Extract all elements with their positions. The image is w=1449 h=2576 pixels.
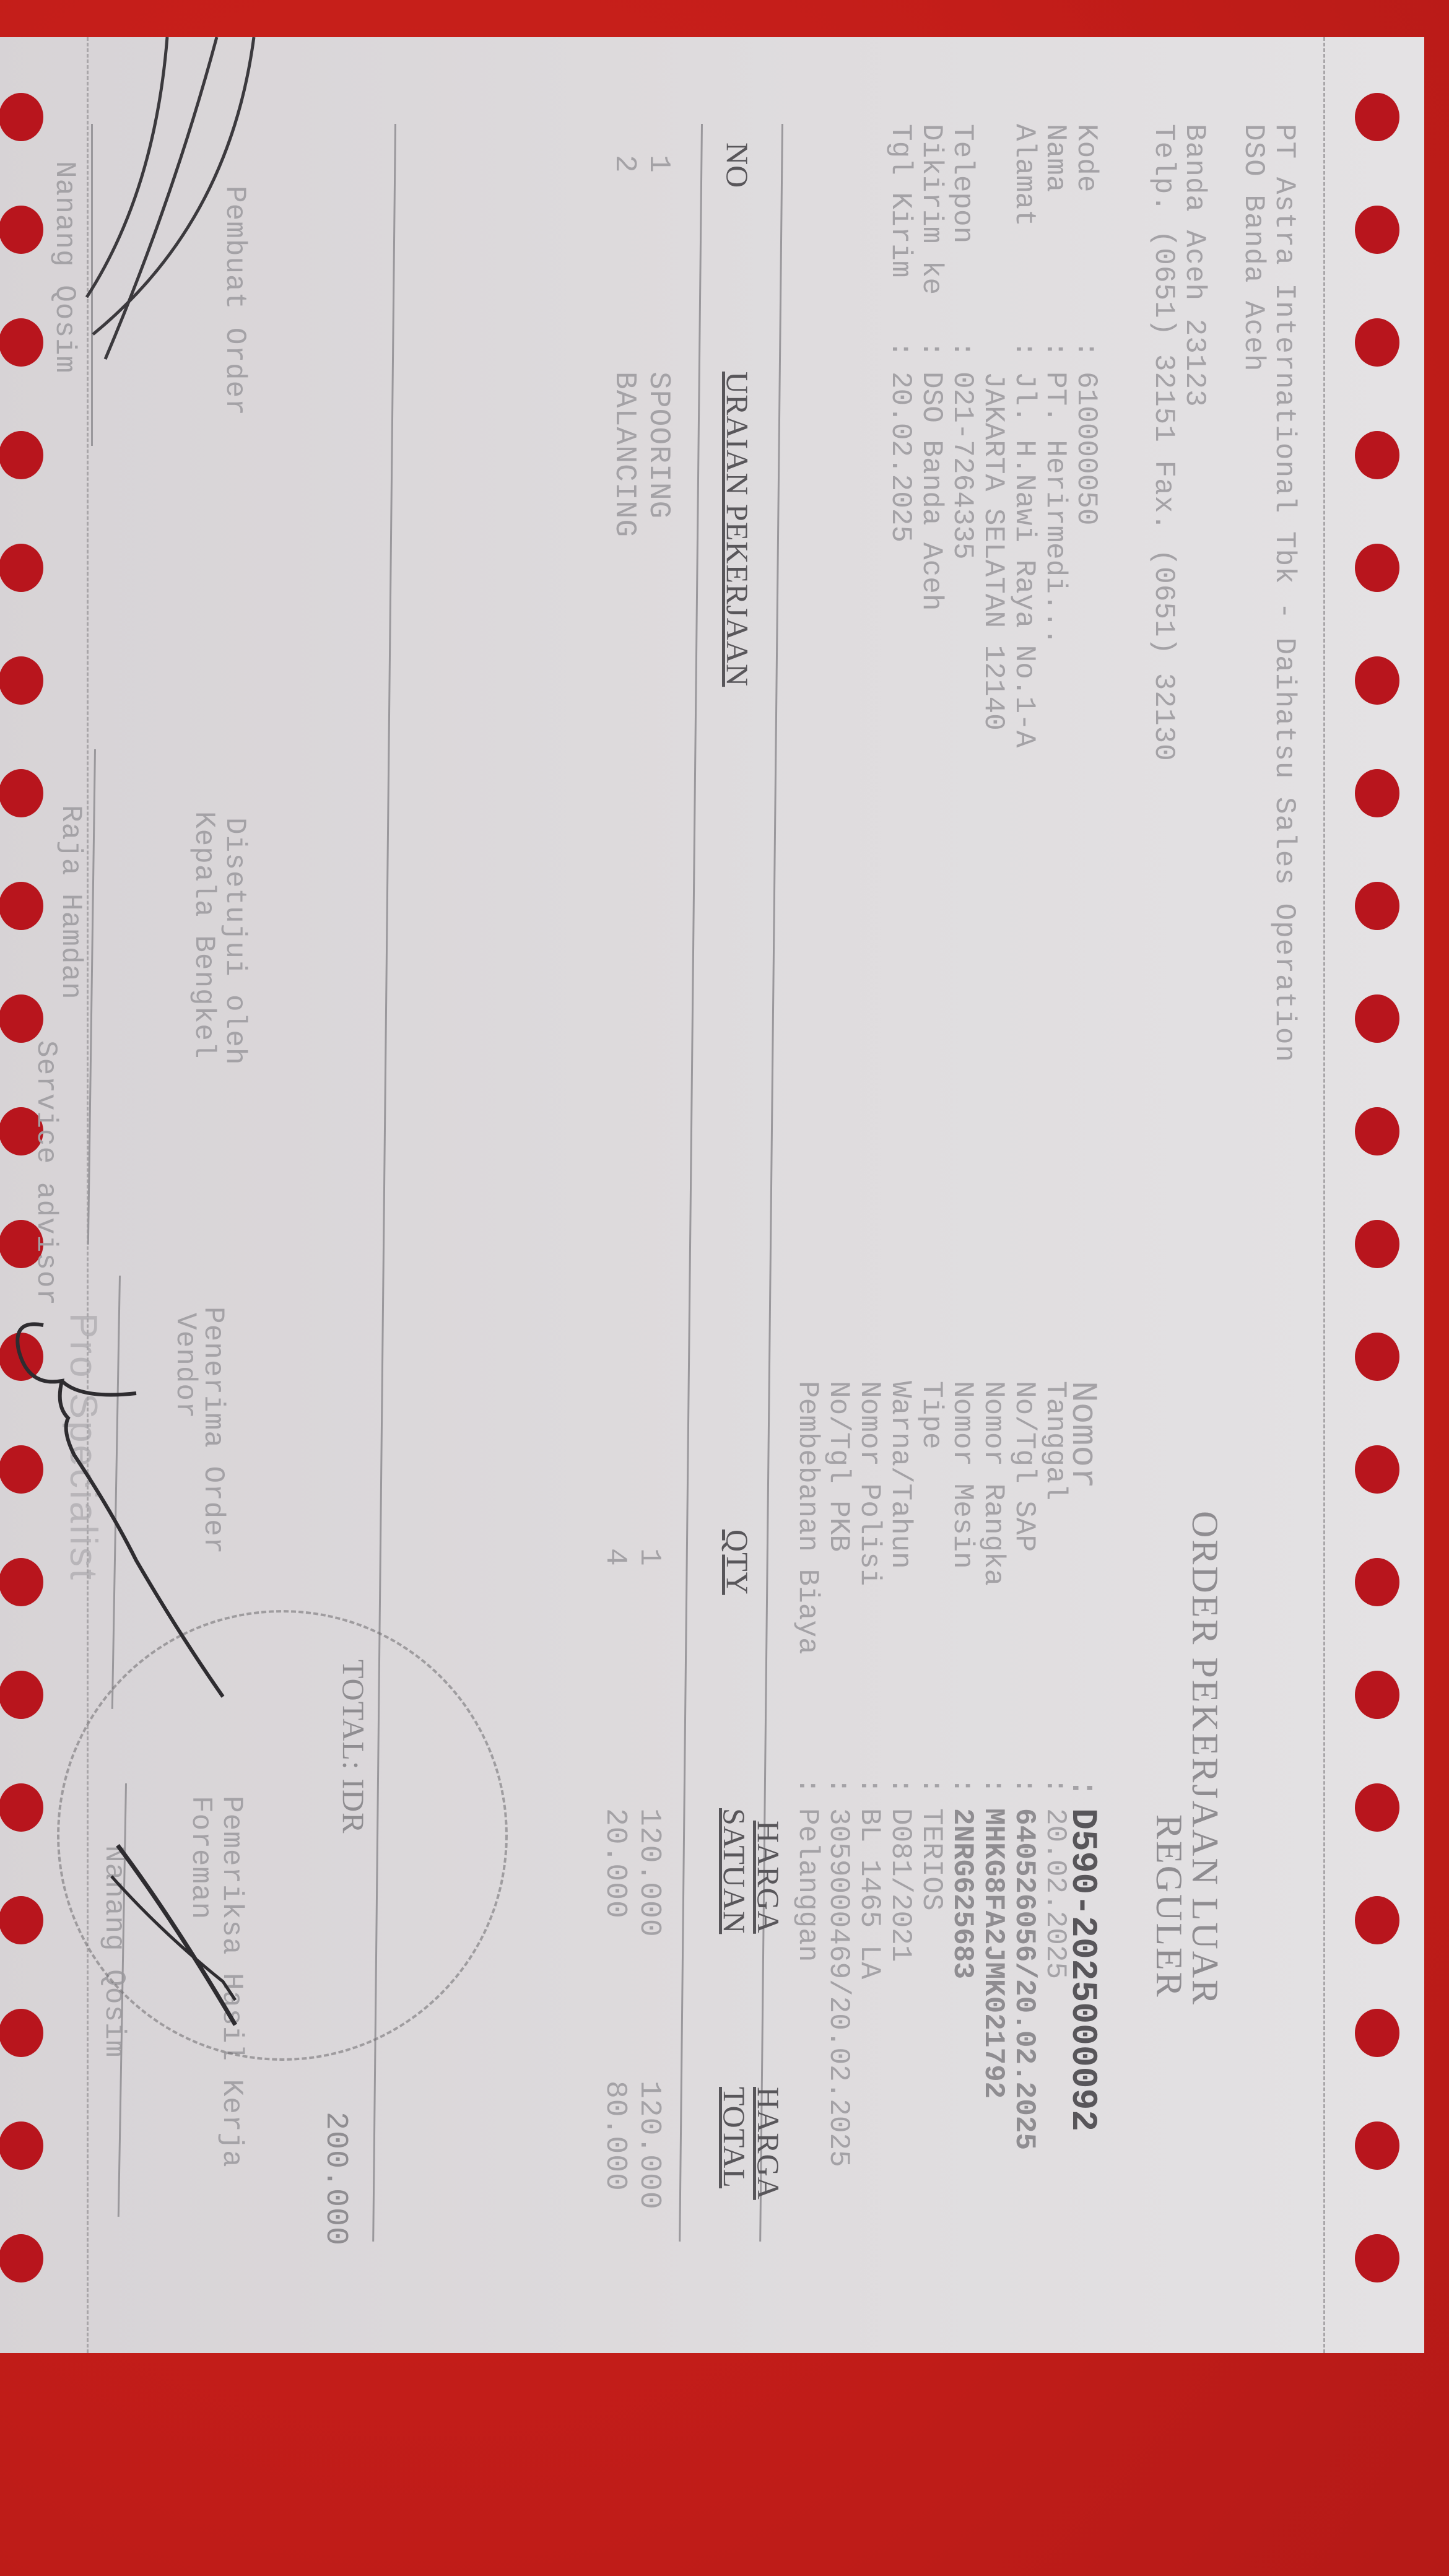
- feed-hole: [0, 2121, 43, 2170]
- field-colon: :: [1008, 1777, 1040, 1808]
- signature-name-approver: Raja Hamdan: [54, 805, 87, 1000]
- field-colon: :: [915, 341, 947, 372]
- row-total: 120.000: [632, 2081, 666, 2210]
- field-row: No/Tgl SAP:640526056/20.02.2025: [1008, 1381, 1040, 2150]
- feed-hole: [1355, 1220, 1399, 1268]
- field-colon: :: [884, 1777, 916, 1808]
- field-label: Nomor Mesin: [946, 1381, 978, 1777]
- feed-hole: [0, 1896, 43, 1944]
- feed-hole: [1355, 431, 1399, 479]
- field-row: Tipe:TERIOS: [915, 1381, 947, 1911]
- field-value: 20.02.2025: [884, 372, 916, 542]
- field-value: BL 1465 LA: [853, 1808, 885, 1979]
- field-row: Tgl Kirim:20.02.2025: [884, 124, 916, 542]
- field-row: Warna/Tahun:D081/2021: [884, 1381, 916, 1962]
- field-value: 640526056/20.02.2025: [1008, 1808, 1040, 2150]
- field-colon: :: [1070, 341, 1102, 372]
- company-address: Banda Aceh 23123: [1178, 124, 1211, 407]
- feed-hole: [0, 544, 43, 592]
- field-colon: :: [946, 1777, 978, 1808]
- field-value: PT. Herirmedi...: [1039, 372, 1071, 645]
- col-header-no: NO: [720, 142, 755, 188]
- field-label: Tgl Kirim: [884, 124, 916, 341]
- field-label: Nama: [1039, 124, 1071, 341]
- field-row: Nama:PT. Herirmedi...: [1039, 124, 1071, 645]
- feed-hole: [0, 2009, 43, 2057]
- field-colon: :: [946, 341, 978, 372]
- field-value: JAKARTA SELATAN 12140: [977, 372, 1009, 731]
- row-total: 80.000: [598, 2081, 632, 2191]
- table-header-rule: [679, 124, 703, 2242]
- field-colon: :: [853, 1777, 885, 1808]
- company-name: PT Astra International Tbk - Daihatsu Sa…: [1268, 124, 1300, 1063]
- feed-hole: [1355, 1671, 1399, 1719]
- field-row: Dikirim ke:DSO Banda Aceh: [915, 124, 947, 611]
- feed-hole: [1355, 994, 1399, 1043]
- signature-title-advisor: Service advisor: [30, 1040, 62, 1306]
- field-row: Kode:610000050: [1070, 124, 1102, 525]
- field-label: Nomor Polisi: [853, 1381, 885, 1777]
- field-value: TERIOS: [915, 1808, 947, 1911]
- field-label: Telepon: [946, 124, 978, 341]
- row-no: 1: [642, 155, 675, 173]
- col-header-total-1: HARGA: [751, 2087, 786, 2200]
- document-subtitle: REGULER: [1147, 1814, 1190, 1999]
- field-colon: :: [884, 341, 916, 372]
- field-value: 3059000469/20.02.2025: [822, 1808, 855, 2167]
- col-header-unit-price-1: HARGA: [751, 1821, 786, 1934]
- feed-hole: [1355, 318, 1399, 367]
- signature-creator-handwriting: [0, 37, 310, 483]
- field-row: Telepon:021-7264335: [946, 124, 978, 560]
- field-row: Nomor Rangka:MHKG8FA2JMK021792: [977, 1381, 1009, 2099]
- feed-hole: [1355, 2121, 1399, 2170]
- perforation-top: [1323, 37, 1325, 2353]
- row-unit-price: 20.000: [598, 1808, 632, 1919]
- field-colon: :: [822, 1777, 855, 1808]
- feed-hole: [1355, 1783, 1399, 1832]
- field-colon: :: [1039, 1777, 1071, 1808]
- field-label: Tanggal: [1039, 1381, 1071, 1777]
- field-value: 20.02.2025: [1039, 1808, 1071, 1979]
- field-colon: :: [977, 1777, 1009, 1808]
- field-colon: [977, 341, 1009, 372]
- row-qty: 1: [632, 1548, 666, 1567]
- feed-hole: [1355, 1333, 1399, 1381]
- feed-hole: [1355, 206, 1399, 254]
- field-value: DSO Banda Aceh: [915, 372, 947, 611]
- field-label: No/Tgl SAP: [1008, 1381, 1040, 1777]
- total-value: 200.000: [318, 2112, 353, 2246]
- feed-hole: [0, 994, 43, 1043]
- row-description: SPOORING: [642, 372, 675, 519]
- field-colon: :: [1008, 341, 1040, 372]
- signature-title-approver: Kepala Bengkel: [188, 811, 220, 1059]
- field-value: MHKG8FA2JMK021792: [977, 1808, 1009, 2099]
- company-branch: DSO Banda Aceh: [1237, 124, 1269, 372]
- feed-hole: [0, 882, 43, 930]
- field-label: Pembebanan Biaya: [791, 1381, 824, 1777]
- field-row: Alamat:Jl. H.Nawi Raya No.1-A: [1008, 124, 1040, 747]
- feed-hole: [1355, 1896, 1399, 1944]
- col-header-qty: QTY: [720, 1529, 755, 1595]
- signature-role-approver: Disetujui oleh: [219, 817, 251, 1065]
- field-label: No/Tgl PKB: [822, 1381, 855, 1777]
- field-row: Nomor Mesin:2NRG625683: [946, 1381, 978, 1979]
- field-value: Jl. H.Nawi Raya No.1-A: [1008, 372, 1040, 747]
- field-label: Dikirim ke: [915, 124, 947, 341]
- feed-hole: [1355, 93, 1399, 141]
- feed-strip-top: [1331, 37, 1424, 2353]
- feed-hole: [0, 656, 43, 705]
- field-value: 2NRG625683: [946, 1808, 978, 1979]
- field-label: Kode: [1070, 124, 1102, 341]
- field-row: Nomor Polisi:BL 1465 LA: [853, 1381, 885, 1979]
- feed-hole: [1355, 1107, 1399, 1155]
- field-label: Nomor Rangka: [977, 1381, 1009, 1777]
- field-colon: :: [915, 1777, 947, 1808]
- field-label: Alamat: [1008, 124, 1040, 341]
- field-row: No/Tgl PKB:3059000469/20.02.2025: [822, 1381, 855, 2167]
- field-label: [977, 124, 1009, 341]
- feed-hole: [1355, 2009, 1399, 2057]
- field-label: Tipe: [915, 1381, 947, 1777]
- field-value: 021-7264335: [946, 372, 978, 560]
- feed-hole: [1355, 882, 1399, 930]
- work-order-document: PT Astra International Tbk - Daihatsu Sa…: [0, 37, 1424, 2353]
- feed-hole: [1355, 1445, 1399, 1494]
- signature-inspector-handwriting: [74, 1821, 260, 2081]
- feed-hole: [1355, 544, 1399, 592]
- company-phone: Telp. (0651) 32151 Fax. (0651) 32130: [1147, 124, 1180, 762]
- row-no: 2: [607, 155, 641, 173]
- feed-hole: [0, 769, 43, 817]
- row-description: BALANCING: [607, 372, 641, 537]
- feed-hole: [1355, 769, 1399, 817]
- signature-receiver-handwriting: [0, 1313, 248, 1796]
- feed-hole: [1355, 1558, 1399, 1606]
- col-header-description: URAIAN PEKERJAAN: [720, 372, 755, 687]
- row-unit-price: 120.000: [632, 1808, 666, 1938]
- row-qty: 4: [598, 1548, 632, 1567]
- field-colon: :: [1039, 341, 1071, 372]
- col-header-total-2: TOTAL: [716, 2087, 752, 2188]
- feed-hole: [1355, 656, 1399, 705]
- field-colon: :: [791, 1777, 824, 1808]
- field-value: Pelanggan: [791, 1808, 824, 1962]
- col-header-unit-price-2: SATUAN: [716, 1808, 752, 1934]
- field-value: 610000050: [1070, 372, 1102, 525]
- feed-hole: [0, 2234, 43, 2282]
- feed-hole: [1355, 2234, 1399, 2282]
- field-row: Pembebanan Biaya:Pelanggan: [791, 1381, 824, 1962]
- field-value: D081/2021: [884, 1808, 916, 1962]
- field-row: Tanggal:20.02.2025: [1039, 1381, 1071, 1979]
- field-label: Warna/Tahun: [884, 1381, 916, 1777]
- field-row: JAKARTA SELATAN 12140: [977, 124, 1009, 731]
